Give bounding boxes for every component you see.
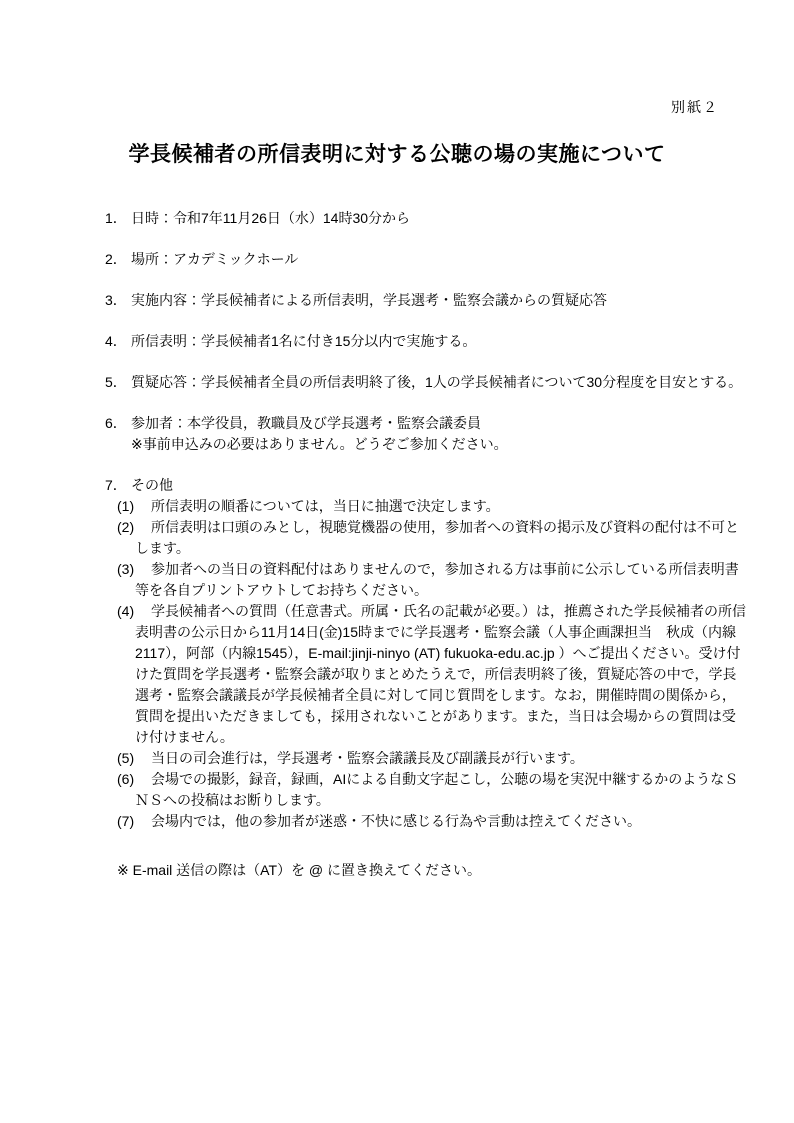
sub-item-conduct: (7)会場内では，他の参加者が迷惑・不快に感じる行為や言動は控えてください。	[117, 811, 748, 832]
item-text: 実施内容：学長候補者による所信表明，学長選考・監察会議からの質疑応答	[131, 292, 607, 308]
document-page: 別紙２ 学長候補者の所信表明に対する公聴の場の実施について 1．日時：令和7年1…	[0, 0, 794, 1123]
item-marker: 7．	[105, 475, 131, 496]
email-replacement-note: ※ E-mail 送信の際は（AT）を @ に置き換えてください。	[117, 860, 748, 881]
sub-item-text: 学長候補者への質問（任意書式。所属・氏名の記載が必要。）は，推薦された学長候補者…	[135, 603, 746, 745]
page-title: 学長候補者の所信表明に対する公聴の場の実施について	[0, 140, 794, 170]
item-note: ※事前申込みの必要はありません。どうぞご参加ください。	[131, 434, 748, 455]
list-item-statement: 4．所信表明：学長候補者1名に付き15分以内で実施する。	[105, 331, 748, 352]
sub-item-text: 会場での撮影，録音，録画，AIによる自動文字起こし，公聴の場を実況中継するかのよ…	[135, 771, 738, 808]
document-body: 1．日時：令和7年11月26日（水）14時30分から 2．場所：アカデミックホー…	[105, 208, 748, 881]
sub-item-text: 参加者への当日の資料配付はありませんので，参加される方は事前に公示している所信表…	[135, 561, 739, 598]
sub-item-oral-only: (2)所信表明は口頭のみとし，視聴覚機器の使用，参加者への資料の掲示及び資料の配…	[117, 517, 748, 559]
sub-item-no-handouts: (3)参加者への当日の資料配付はありませんので，参加される方は事前に公示している…	[117, 559, 748, 601]
list-item-qa: 5．質疑応答：学長候補者全員の所信表明終了後，1人の学長候補者について30分程度…	[105, 372, 748, 393]
item-marker: 3．	[105, 290, 131, 311]
sub-item-marker: (7)	[117, 811, 151, 832]
sub-item-order: (1)所信表明の順番については，当日に抽選で決定します。	[117, 496, 748, 517]
sub-item-text: 所信表明は口頭のみとし，視聴覚機器の使用，参加者への資料の掲示及び資料の配付は不…	[135, 519, 739, 556]
item-text: 場所：アカデミックホール	[131, 251, 298, 267]
list-item-others: 7．その他	[105, 475, 748, 496]
sub-item-marker: (1)	[117, 496, 151, 517]
list-item-contents: 3．実施内容：学長候補者による所信表明，学長選考・監察会議からの質疑応答	[105, 290, 748, 311]
item-text: 参加者：本学役員，教職員及び学長選考・監察会議委員	[131, 415, 481, 431]
list-item-datetime: 1．日時：令和7年11月26日（水）14時30分から	[105, 208, 748, 229]
sub-item-text: 会場内では，他の参加者が迷惑・不快に感じる行為や言動は控えてください。	[151, 813, 641, 829]
sub-item-marker: (4)	[117, 601, 151, 622]
item-marker: 6．	[105, 413, 131, 434]
item-text: 日時：令和7年11月26日（水）14時30分から	[131, 210, 410, 226]
attachment-label: 別紙２	[0, 97, 794, 118]
item-marker: 1．	[105, 208, 131, 229]
item-marker: 4．	[105, 331, 131, 352]
sub-item-marker: (2)	[117, 517, 151, 538]
item-text: その他	[131, 477, 173, 493]
list-item-place: 2．場所：アカデミックホール	[105, 249, 748, 270]
sub-item-text: 当日の司会進行は，学長選考・監察会議議長及び副議長が行います。	[151, 750, 584, 766]
item-text: 質疑応答：学長候補者全員の所信表明終了後，1人の学長候補者について30分程度を目…	[131, 374, 742, 390]
item-text: 所信表明：学長候補者1名に付き15分以内で実施する。	[131, 333, 476, 349]
sub-item-list: (1)所信表明の順番については，当日に抽選で決定します。 (2)所信表明は口頭の…	[117, 496, 748, 832]
item-marker: 2．	[105, 249, 131, 270]
sub-item-moderator: (5)当日の司会進行は，学長選考・監察会議議長及び副議長が行います。	[117, 748, 748, 769]
sub-item-text: 所信表明の順番については，当日に抽選で決定します。	[151, 498, 500, 514]
sub-item-marker: (5)	[117, 748, 151, 769]
item-marker: 5．	[105, 372, 131, 393]
sub-item-marker: (3)	[117, 559, 151, 580]
sub-item-no-recording: (6)会場での撮影，録音，録画，AIによる自動文字起こし，公聴の場を実況中継する…	[117, 769, 748, 811]
sub-item-marker: (6)	[117, 769, 151, 790]
sub-item-questions: (4)学長候補者への質問（任意書式。所属・氏名の記載が必要。）は，推薦された学長…	[117, 601, 748, 748]
list-item-participants: 6．参加者：本学役員，教職員及び学長選考・監察会議委員 ※事前申込みの必要はあり…	[105, 413, 748, 455]
